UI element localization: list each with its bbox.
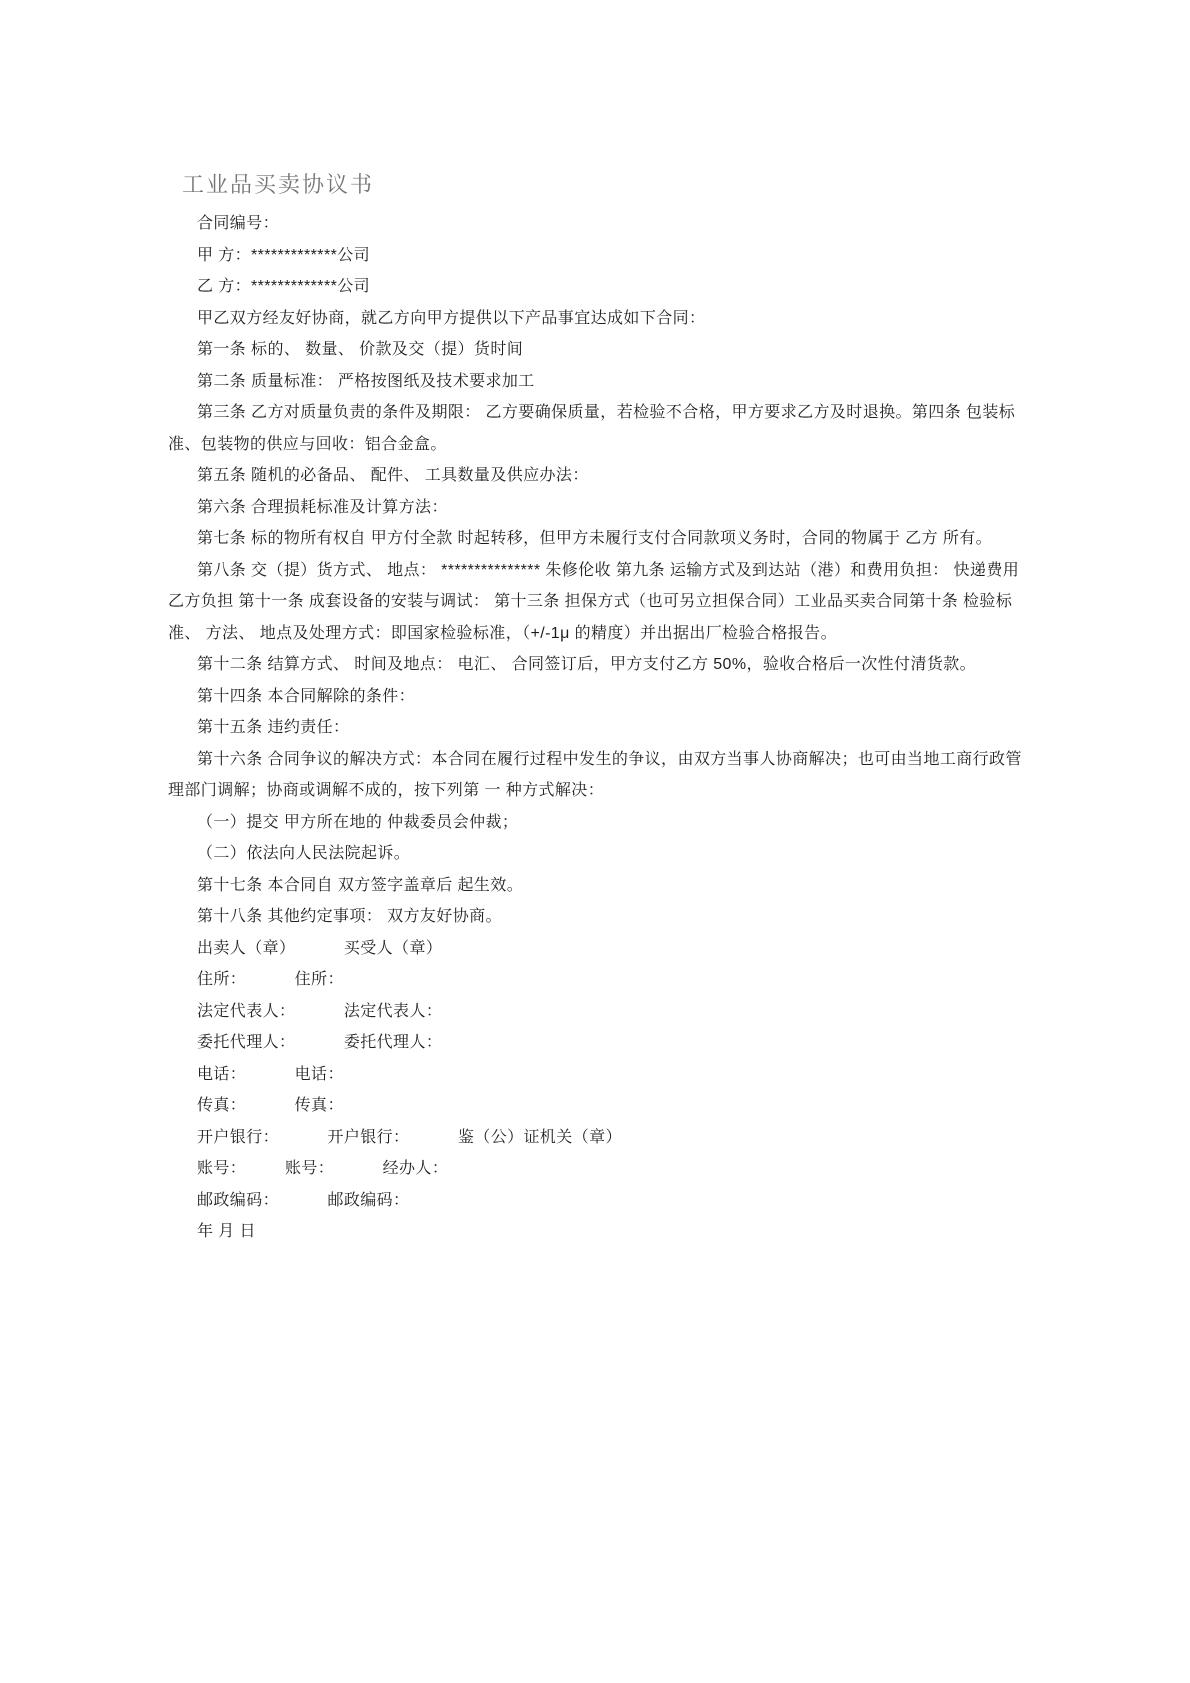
- contract-paragraph: 第十六条 合同争议的解决方式：本合同在履行过程中发生的争议，由双方当事人协商解决…: [168, 744, 1024, 807]
- contract-paragraph: 法定代表人： 法定代表人：: [168, 996, 1024, 1028]
- contract-paragraph: 第二条 质量标准： 严格按图纸及技术要求加工: [168, 366, 1024, 398]
- document-title: 工业品买卖协议书: [182, 170, 1024, 200]
- contract-paragraph: 合同编号：: [168, 208, 1024, 240]
- contract-paragraph: 住所： 住所：: [168, 964, 1024, 996]
- contract-paragraph: 第十二条 结算方式、 时间及地点： 电汇、 合同签订后，甲方支付乙方 50%，验…: [168, 649, 1024, 681]
- contract-paragraph: 甲 方：*************公司: [168, 240, 1024, 272]
- contract-paragraphs: 合同编号：甲 方：*************公司乙 方：************…: [168, 208, 1024, 1248]
- contract-paragraph: 出卖人（章） 买受人（章）: [168, 933, 1024, 965]
- contract-paragraph: 乙 方：*************公司: [168, 271, 1024, 303]
- contract-paragraph: 第八条 交（提）货方式、 地点： *************** 朱修伦收 第九…: [168, 555, 1024, 650]
- contract-paragraph: 邮政编码： 邮政编码：: [168, 1185, 1024, 1217]
- contract-paragraph: 第六条 合理损耗标准及计算方法：: [168, 492, 1024, 524]
- contract-paragraph: 电话： 电话：: [168, 1059, 1024, 1091]
- contract-paragraph: 传真： 传真：: [168, 1090, 1024, 1122]
- contract-paragraph: 第十八条 其他约定事项： 双方友好协商。: [168, 901, 1024, 933]
- contract-paragraph: 第三条 乙方对质量负责的条件及期限： 乙方要确保质量，若检验不合格，甲方要求乙方…: [168, 397, 1024, 460]
- contract-paragraph: 第一条 标的、 数量、 价款及交（提）货时间: [168, 334, 1024, 366]
- contract-paragraph: 委托代理人： 委托代理人：: [168, 1027, 1024, 1059]
- contract-paragraph: （一）提交 甲方所在地的 仲裁委员会仲裁；: [168, 807, 1024, 839]
- contract-paragraph: 年 月 日: [168, 1216, 1024, 1248]
- contract-paragraph: 第五条 随机的必备品、 配件、 工具数量及供应办法：: [168, 460, 1024, 492]
- contract-paragraph: 第十四条 本合同解除的条件：: [168, 681, 1024, 713]
- document-page: 工业品买卖协议书 合同编号：甲 方：*************公司乙 方：***…: [0, 0, 1190, 1683]
- contract-paragraph: 第七条 标的物所有权自 甲方付全款 时起转移，但甲方未履行支付合同款项义务时，合…: [168, 523, 1024, 555]
- contract-content: 工业品买卖协议书 合同编号：甲 方：*************公司乙 方：***…: [168, 170, 1024, 1248]
- contract-paragraph: 开户银行： 开户银行： 鉴（公）证机关（章）: [168, 1122, 1024, 1154]
- contract-paragraph: 甲乙双方经友好协商，就乙方向甲方提供以下产品事宜达成如下合同：: [168, 303, 1024, 335]
- contract-paragraph: 第十七条 本合同自 双方签字盖章后 起生效。: [168, 870, 1024, 902]
- contract-paragraph: （二）依法向人民法院起诉。: [168, 838, 1024, 870]
- contract-paragraph: 第十五条 违约责任：: [168, 712, 1024, 744]
- contract-paragraph: 账号： 账号： 经办人：: [168, 1153, 1024, 1185]
